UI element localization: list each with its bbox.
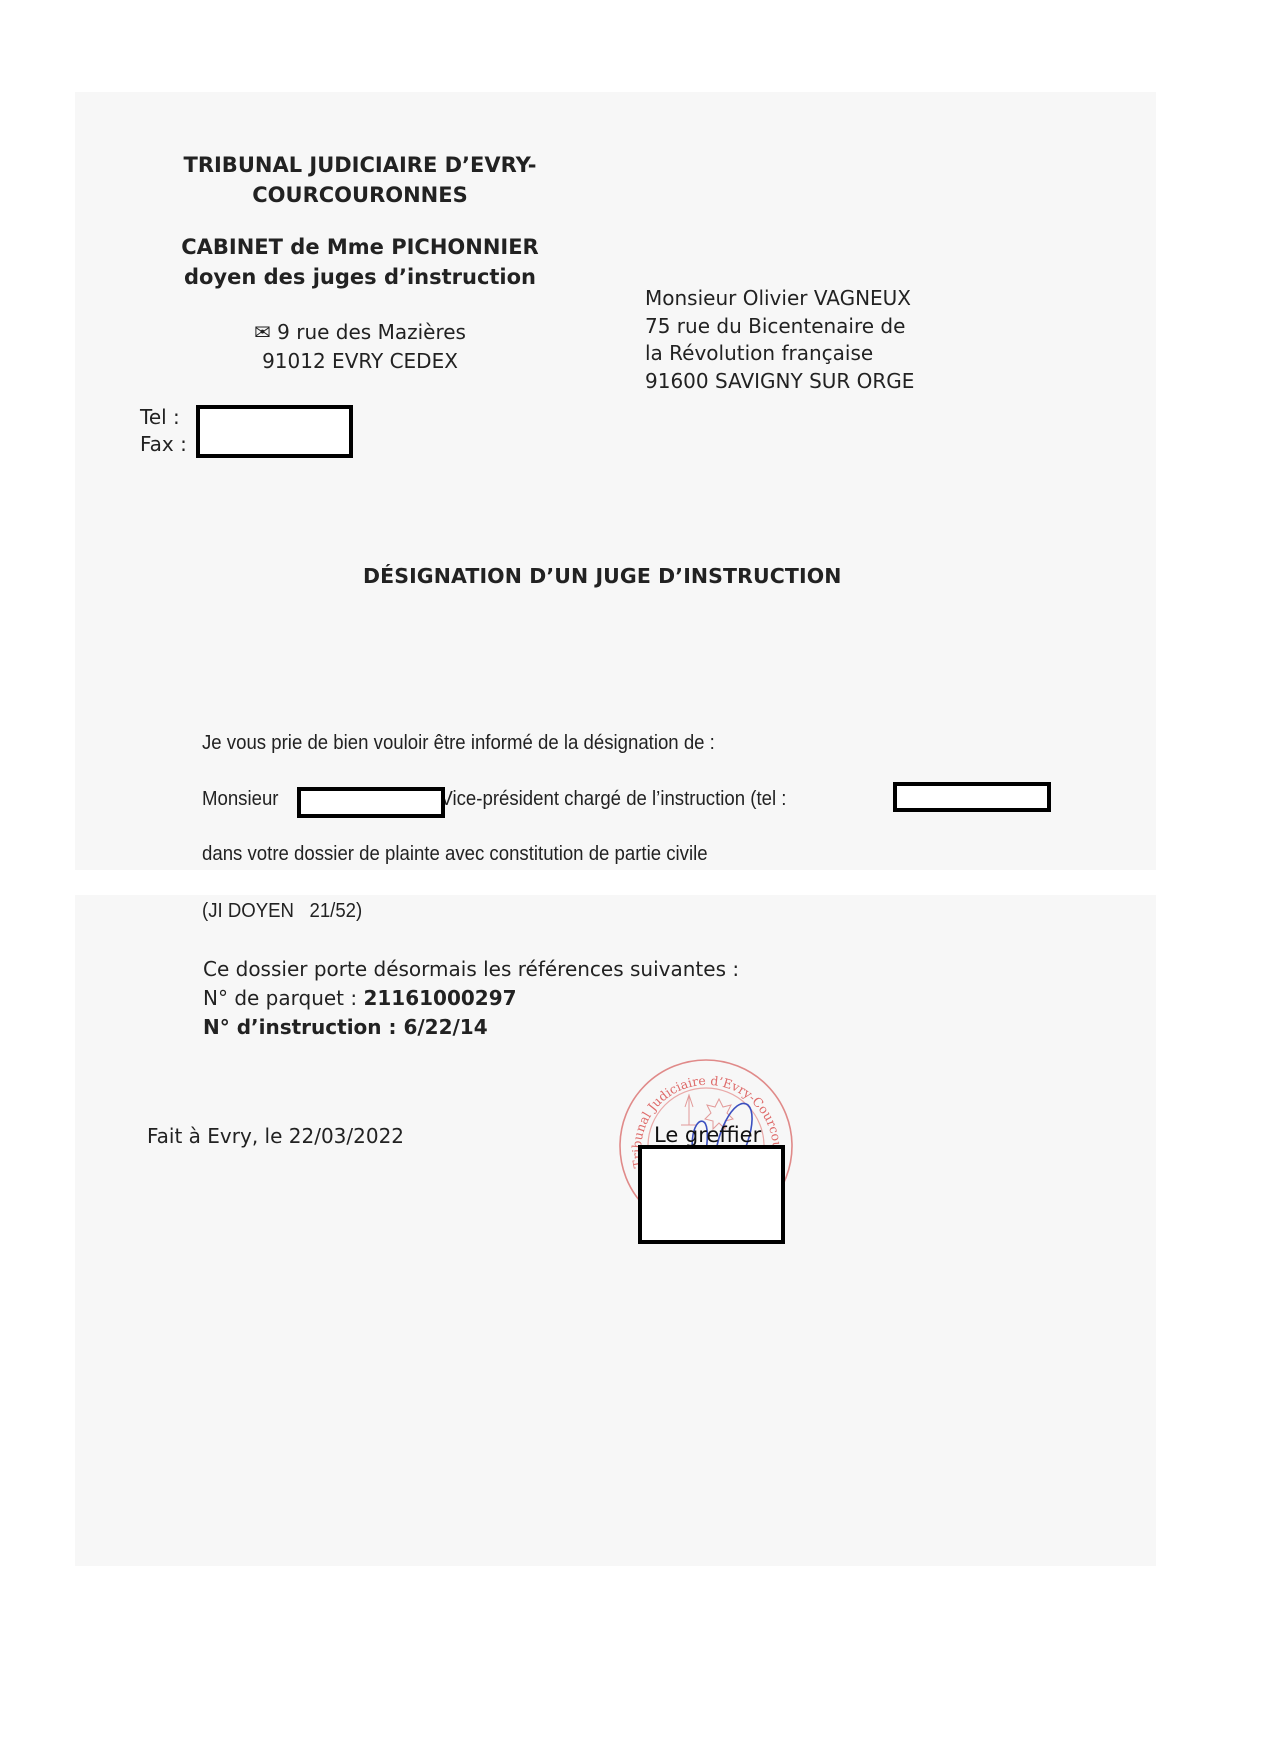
parquet-number: 21161000297 [363, 986, 516, 1010]
recipient-street-1: 75 rue du Bicentenaire de [645, 313, 914, 341]
case-reference: (JI DOYEN 21/52) [202, 900, 362, 923]
references-block: Ce dossier porte désormais les référence… [203, 955, 739, 1042]
fax-label: Fax : [140, 431, 187, 458]
recipient-city: 91600 SAVIGNY SUR ORGE [645, 368, 914, 396]
recipient-address: Monsieur Olivier VAGNEUX 75 rue du Bicen… [645, 285, 914, 395]
document-title: DÉSIGNATION D’UN JUGE D’INSTRUCTION [363, 564, 842, 588]
sender-address-line-1: ✉ 9 rue des Mazières [150, 318, 570, 347]
tel-fax-labels: Tel : Fax : [140, 404, 187, 458]
tel-label: Tel : [140, 404, 187, 431]
place-and-date: Fait à Evry, le 22/03/2022 [147, 1124, 404, 1148]
instruction-label: N° d’instruction : [203, 1015, 403, 1039]
case-line: dans votre dossier de plainte avec const… [202, 843, 708, 866]
judge-prefix: Monsieur [202, 788, 279, 810]
sender-address: ✉ 9 rue des Mazières 91012 EVRY CEDEX [150, 318, 570, 376]
parquet-number-line: N° de parquet : 21161000297 [203, 984, 739, 1013]
court-name-line-1: TRIBUNAL JUDICIAIRE D’EVRY- [150, 150, 570, 180]
sender-city: 91012 EVRY CEDEX [150, 347, 570, 376]
recipient-street-2: la Révolution française [645, 340, 914, 368]
court-name-line-2: COURCOURONNES [150, 180, 570, 210]
recipient-name: Monsieur Olivier VAGNEUX [645, 285, 914, 313]
instruction-number: 6/22/14 [403, 1015, 487, 1039]
redacted-judge-name [297, 787, 445, 818]
sender-street: 9 rue des Mazières [277, 320, 466, 344]
instruction-number-line: N° d’instruction : 6/22/14 [203, 1013, 739, 1042]
parquet-label: N° de parquet : [203, 986, 363, 1010]
references-intro: Ce dossier porte désormais les référence… [203, 955, 739, 984]
judge-role: , Vice-président chargé de l’instruction… [430, 788, 786, 810]
cabinet-name: CABINET de Mme PICHONNIER doyen des juge… [150, 232, 570, 292]
envelope-icon: ✉ [254, 320, 271, 344]
court-name: TRIBUNAL JUDICIAIRE D’EVRY- COURCOURONNE… [150, 150, 570, 210]
redacted-signer-name [638, 1145, 785, 1244]
cabinet-line-2: doyen des juges d’instruction [150, 262, 570, 292]
cabinet-line-1: CABINET de Mme PICHONNIER [150, 232, 570, 262]
signer-title: Le greffier [654, 1123, 761, 1147]
intro-line: Je vous prie de bien vouloir être inform… [202, 732, 715, 755]
redacted-tel-fax [196, 405, 353, 458]
redacted-judge-phone [893, 782, 1051, 812]
